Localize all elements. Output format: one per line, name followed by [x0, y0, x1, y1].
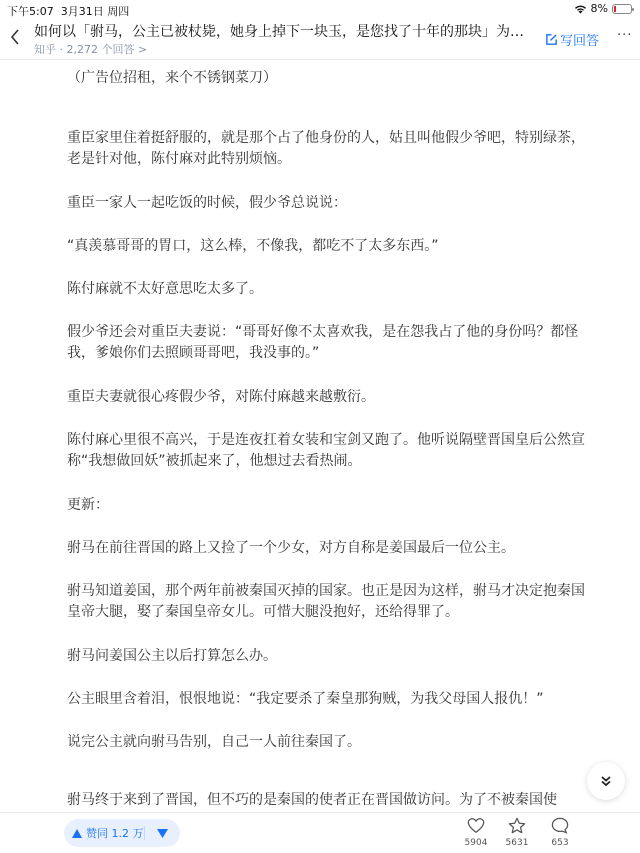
comment-button[interactable]: 653: [540, 817, 580, 848]
status-time: 下午5:07 3月31日 周四: [7, 3, 129, 19]
paragraph: “真羡慕哥哥的胃口，这么棒，不像我，都吃不了太多东西。”: [67, 236, 587, 257]
triangle-down-icon: [157, 829, 168, 838]
vote-pill: 赞同 1.2 万: [64, 819, 180, 847]
battery-percent: 8%: [591, 2, 608, 15]
time-text: 下午5:07: [7, 5, 54, 18]
like-count: 5904: [456, 838, 496, 848]
paragraph: （广告位招租，来个不锈钢菜刀）: [67, 68, 587, 89]
more-button[interactable]: ···: [617, 28, 632, 43]
status-bar: 下午5:07 3月31日 周四 8%: [0, 0, 640, 18]
date-text: 3月31日 周四: [61, 5, 130, 18]
star-icon: [508, 817, 526, 834]
paragraph: 驸马终于来到了晋国，但不巧的是秦国的使者正在晋国做访问。为了不被秦国使: [67, 790, 587, 811]
write-answer-label: 写回答: [560, 30, 599, 49]
comment-icon: [551, 817, 569, 834]
question-meta-link[interactable]: 知乎 · 2,272 个回答 >: [34, 41, 147, 57]
paragraph: 驸马知道姜国，那个两年前被秦国灭掉的国家。也正是因为这样，驸马才决定抱秦国皇帝大…: [67, 581, 587, 623]
favorite-button[interactable]: 5631: [497, 817, 537, 848]
upvote-label: 赞同 1.2 万: [86, 825, 144, 841]
favorite-count: 5631: [497, 838, 537, 848]
paragraph: 驸马在前往晋国的路上又捡了一个少女，对方自称是姜国最后一位公主。: [67, 538, 587, 559]
paragraph: 公主眼里含着泪，恨恨地说：“我定要杀了秦皇那狗贼，为我父母国人报仇！”: [67, 689, 587, 710]
heart-icon: [467, 817, 485, 834]
scroll-down-button[interactable]: [587, 762, 625, 800]
downvote-button[interactable]: [145, 819, 180, 847]
wifi-icon: [574, 4, 587, 14]
write-answer-button[interactable]: 写回答: [545, 30, 599, 49]
paragraph: 重臣家里住着挺舒服的，就是那个占了他身份的人，姑且叫他假少爷吧，特别绿茶，老是针…: [67, 128, 587, 170]
paragraph: 重臣一家人一起吃饭的时候，假少爷总说说：: [67, 193, 587, 214]
bottom-action-bar: 赞同 1.2 万 5904 5631 653: [0, 812, 640, 853]
paragraph: 更新：: [67, 495, 587, 516]
paragraph: 驸马问姜国公主以后打算怎么办。: [67, 646, 587, 667]
triangle-up-icon: [72, 829, 82, 838]
back-button[interactable]: [10, 28, 28, 48]
double-chevron-down-icon: [600, 775, 612, 787]
paragraph: 陈付麻就不太好意思吃太多了。: [67, 279, 587, 300]
upvote-button[interactable]: 赞同 1.2 万: [64, 819, 144, 847]
question-header: 如何以「驸马，公主已被杖毙，她身上掉下一块玉，是您找了十年的那块」为开头，写..…: [0, 18, 640, 60]
comment-count: 653: [540, 838, 580, 848]
status-right: 8%: [574, 2, 632, 15]
chevron-left-icon: [10, 28, 20, 46]
paragraph: 重臣夫妻就很心疼假少爷，对陈付麻越来越敷衍。: [67, 387, 587, 408]
question-title[interactable]: 如何以「驸马，公主已被杖毙，她身上掉下一块玉，是您找了十年的那块」为开头，写..…: [34, 21, 534, 41]
like-button[interactable]: 5904: [456, 817, 496, 848]
battery-icon: [612, 4, 632, 14]
paragraph: 陈付麻心里很不高兴，于是连夜扛着女装和宝剑又跑了。他听说隔壁晋国皇后公然宣称“我…: [67, 430, 587, 472]
paragraph: 假少爷还会对重臣夫妻说：“哥哥好像不太喜欢我，是在怨我占了他的身份吗？都怪我，爹…: [67, 322, 587, 364]
edit-icon: [545, 33, 558, 46]
paragraph: 说完公主就向驸马告别，自己一人前往秦国了。: [67, 732, 587, 753]
